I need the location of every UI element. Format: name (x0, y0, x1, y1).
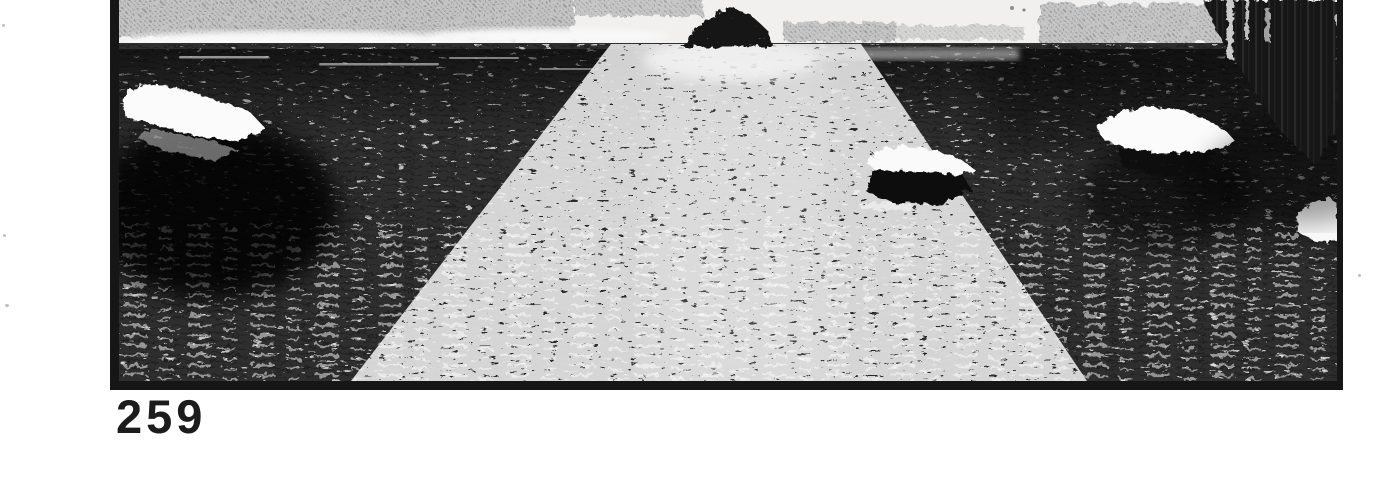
tree-gap (1227, 0, 1233, 58)
scan-speck (5, 304, 9, 307)
scan-speck (2, 24, 5, 27)
bird-speck (1010, 6, 1014, 10)
reflection-streak (719, 48, 1019, 60)
cloud-wisp (859, 26, 1024, 40)
cloud-highlight (429, 28, 669, 44)
seascape-illustration (119, 0, 1337, 381)
cloud-patch-center (574, 0, 704, 16)
plate-frame (110, 0, 1343, 390)
scan-speck (3, 234, 6, 237)
book-page: 259 (0, 0, 1375, 500)
rock-mid-foam (861, 203, 913, 210)
tree-gap (1245, 0, 1249, 40)
tree-gap (1265, 8, 1270, 42)
figure-number: 259 (116, 393, 206, 440)
bird-speck (1022, 8, 1025, 11)
scan-speck (1358, 274, 1361, 277)
